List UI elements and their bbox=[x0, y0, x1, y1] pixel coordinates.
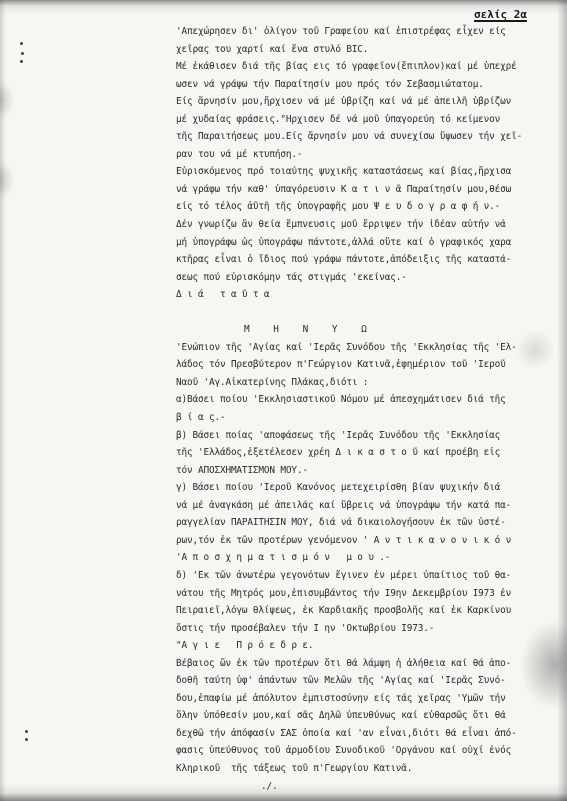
clause-c: γ) Βάσει ποίου 'Ιεροῦ Κανόνος μετεχειρίσ… bbox=[176, 479, 564, 497]
margin-mark bbox=[20, 60, 23, 63]
text-line: β ί α ς.- bbox=[176, 409, 564, 427]
text-line: δεχθῶ τήν ἀπόφασίν ΣΑΣ ὁποία καί 'αν εἶν… bbox=[176, 725, 564, 743]
margin-mark bbox=[21, 52, 24, 55]
text-line: ραν του νά μέ κτυπήση.- bbox=[176, 146, 564, 164]
text-line: φασις ὑπεύθυνος τοῦ ἁρμοδίου Συνοδικοῦ '… bbox=[176, 742, 564, 760]
text-line: νάτου τῆς Μητρός μου,ἐπισυμβάντος τήν Ι9… bbox=[176, 585, 564, 603]
text-line: ρων,τόν ἐκ τῶν προτέρων γενόμενον ' Α ν … bbox=[176, 532, 564, 550]
text-line: Είς ἄρνησίν μου,ἤρχισεν νά μέ ὑβρίζη καί… bbox=[176, 93, 564, 111]
text-line: χεῖρας του χαρτί καί ἕνα στυλό BIC. bbox=[176, 41, 564, 59]
text-line: Πειραιεῖ,λόγω θλίψεως, ἐκ Καρδιακῆς προσ… bbox=[176, 602, 564, 620]
text-line: Μέ ἐκάθισεν διά τῆς βίας εις τό γραφεῖον… bbox=[176, 58, 564, 76]
text-line: 'Απεχώρησεν δι' ὀλίγον τοῦ Γραφείου καί … bbox=[176, 23, 564, 41]
text-line: τόν ΑΠΟΣΧΗΜΑΤΙΣΜΟΝ ΜΟΥ.- bbox=[176, 462, 564, 480]
text-line: 'Ενώπιον τῆς 'Αγίας καί 'Ιερᾶς Συνόδου τ… bbox=[176, 339, 564, 357]
text-line: δοθῆ ταύτη ὑφ' ἁπάντων τῶν Μελῶν τῆς 'Αγ… bbox=[176, 672, 564, 690]
text-line: νά μέ ἀναγκάση μέ ἀπειλάς καί ὕβρεις νά … bbox=[176, 497, 564, 515]
salutation: "Α γ ι ε Π ρ ό ε δ ρ ε. bbox=[176, 637, 564, 655]
margin-mark bbox=[25, 738, 28, 741]
text-line: ὅστις τήν προσέβαλεν τήν Ι ην 'Οκτωβρίου… bbox=[176, 620, 564, 638]
margin-mark bbox=[25, 730, 28, 733]
text-line: τῆς 'Ελλάδος,ἐξετέλεσεν χρέη Δ ι κ α σ τ… bbox=[176, 444, 564, 462]
text-line: κτῆρας εἶναι ὁ ἴδιος πού γράφω πάντοτε,ἀ… bbox=[176, 251, 564, 269]
continuation-mark: ./. bbox=[176, 778, 564, 796]
text-line: Βέβαιος ὤν ἐκ τῶν προτέρων ὅτι θά λάμψη … bbox=[176, 655, 564, 673]
text-line: μέ χυδαίας φράσεις."Ηρχισεν δέ νά μοῦ ὑπ… bbox=[176, 111, 564, 129]
document-heading: Μ Η Ν Υ Ω bbox=[176, 321, 564, 339]
page-number: σελίς 2α bbox=[474, 8, 527, 21]
margin-mark bbox=[20, 42, 23, 45]
blank-line bbox=[176, 304, 564, 322]
text-line: τῆς Παραιτήσεως μου.Είς ἄρνησίν μου νά σ… bbox=[176, 128, 564, 146]
scan-smudge bbox=[0, 160, 15, 200]
text-line: Κληρικοῦ τῆς τάξεως τοῦ π'Γεωργίου Κατιν… bbox=[176, 760, 564, 778]
text-line: ωσεν νά γράψω τήν Παραίτησίν μου πρός τό… bbox=[176, 76, 564, 94]
text-line: είς τό τέλος ἀῦτῆ τῆς ὑπογραφῆς μου Ψ ε … bbox=[176, 198, 564, 216]
section-intro: Δ ι ά τ α ῦ τ α bbox=[176, 286, 564, 304]
text-line: μή ὑπογράφω ὡς ὑπογράφω πάντοτε,ἀλλά οὔτ… bbox=[176, 234, 564, 252]
clause-b: β) Βάσει ποίας 'αποφάσεως τῆς 'Ιερᾶς Συν… bbox=[176, 427, 564, 445]
text-line: ραγγελίαν ΠΑΡΑΙΤΗΣΙΝ ΜΟΥ, διά νά δικαιολ… bbox=[176, 514, 564, 532]
text-line: νά γράφω τήν καθ' ὑπαγόρευσιν Κ α τ ι ν … bbox=[176, 181, 564, 199]
clause-a: α)Βάσει ποίου 'Εκκλησιαστικοῦ Νόμου μέ ἀ… bbox=[176, 391, 564, 409]
text-line: Εὑρισκόμενος πρό τοιαύτης ψυχικῆς καταστ… bbox=[176, 163, 564, 181]
text-line: δου,ἐπαφίω μέ ἀπόλυτον ἐμπιστοσύνην είς … bbox=[176, 690, 564, 708]
text-line: ὅλην ὑπόθεσίν μου,καί σᾶς Δηλῶ ὑπευθύνως… bbox=[176, 707, 564, 725]
scanned-document-page: σελίς 2α 'Απεχώρησεν δι' ὀλίγον τοῦ Γραφ… bbox=[0, 0, 567, 801]
text-line: σεως πού εὑρισκόμην τάς στιγμάς 'εκείνας… bbox=[176, 269, 564, 287]
text-line: 'Α π ο σ χ η μ α τ ι σ μ ό ν μ ο υ .- bbox=[176, 549, 564, 567]
document-body: 'Απεχώρησεν δι' ὀλίγον τοῦ Γραφείου καί … bbox=[176, 23, 564, 795]
text-line: Ναοῦ 'Αγ.Αἰκατερίνης Πλάκας,διότι : bbox=[176, 374, 564, 392]
text-line: λάδος τόν Πρεσβύτερον π'Γεώργιον Κατινᾶ,… bbox=[176, 356, 564, 374]
clause-d: δ) 'Εκ τῶν ἀνωτέρω γεγονότων ἔγινεν ἐν μ… bbox=[176, 567, 564, 585]
scan-smudge bbox=[0, 80, 15, 120]
text-line: Δέν γνωρίζω ἄν θεία ἔμπνευσις μοῦ ἔρριψε… bbox=[176, 216, 564, 234]
